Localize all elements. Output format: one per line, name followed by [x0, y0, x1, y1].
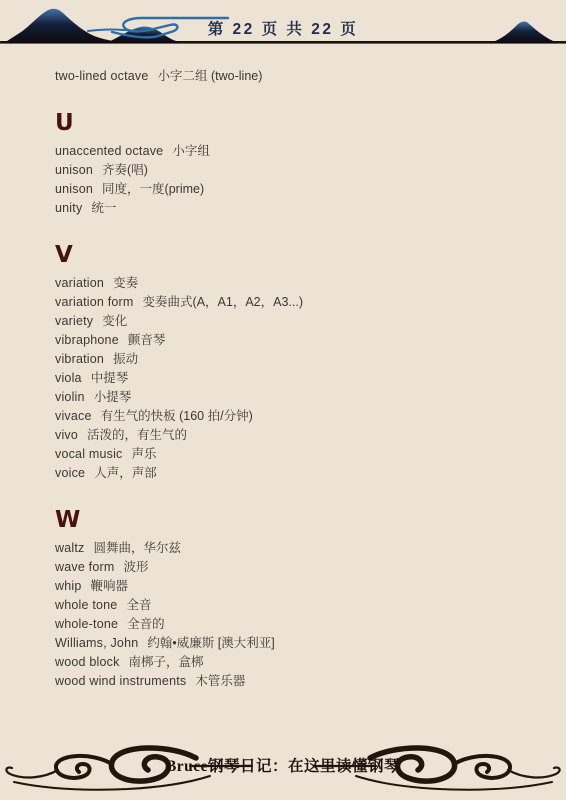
entry-definition: 波形 — [123, 560, 148, 574]
glossary-entry: violin小提琴 — [55, 388, 536, 407]
entry-term: waltz — [55, 541, 84, 555]
glossary-entry: vivace有生气的快板 (160 拍/分钟) — [55, 407, 536, 426]
page-header: 第 22 页 共 22 页 — [0, 0, 566, 48]
entry-definition: 小字二组 (two-line) — [158, 69, 263, 83]
document-page: 第 22 页 共 22 页 two-lined octave小字二组 (two-… — [0, 0, 566, 800]
section-letter-W: W — [55, 508, 536, 532]
entry-term: wood block — [55, 655, 120, 669]
glossary-entry: whole tone全音 — [55, 596, 536, 615]
entry-definition: 木管乐器 — [195, 674, 245, 688]
entry-definition: 颤音琴 — [128, 333, 166, 347]
glossary-entry: variation form变奏曲式(A，A1，A2，A3...) — [55, 293, 536, 312]
entry-definition: 圆舞曲，华尔兹 — [93, 541, 181, 555]
entry-term: unison — [55, 182, 93, 196]
glossary-entry: waltz圆舞曲，华尔兹 — [55, 539, 536, 558]
glossary-entry: vibration振动 — [55, 350, 536, 369]
entry-term: Williams, John — [55, 636, 138, 650]
entry-definition: 约翰•威廉斯 [澳大利亚] — [147, 636, 274, 650]
glossary-entry: variation变奏 — [55, 274, 536, 293]
glossary-entry: Williams, John约翰•威廉斯 [澳大利亚] — [55, 634, 536, 653]
glossary-entry: wood wind instruments木管乐器 — [55, 672, 536, 691]
entry-definition: 人声，声部 — [94, 466, 157, 480]
section-letter-V: V — [55, 243, 536, 267]
glossary-entry: vibraphone颤音琴 — [55, 331, 536, 350]
footer-brand: Bruce钢琴日记：在这里读懂钢琴 — [0, 754, 566, 776]
section-letter-U: U — [55, 111, 536, 135]
entry-definition: 小提琴 — [94, 390, 132, 404]
glossary-entry: unaccented octave小字组 — [55, 142, 536, 161]
entry-definition: 活泼的，有生气的 — [87, 428, 187, 442]
entry-term: vibration — [55, 352, 104, 366]
glossary-entry: whip鞭响器 — [55, 577, 536, 596]
entry-definition: 全音 — [126, 598, 151, 612]
entry-definition: 全音的 — [127, 617, 165, 631]
entry-definition: 振动 — [113, 352, 138, 366]
entry-term: variation — [55, 276, 104, 290]
entry-term: vocal music — [55, 447, 123, 461]
entry-term: vivo — [55, 428, 78, 442]
glossary-entry: unity统一 — [55, 199, 536, 218]
glossary-entry: vocal music声乐 — [55, 445, 536, 464]
glossary-entry: variety变化 — [55, 312, 536, 331]
entry-definition: 南梆子，盒梆 — [129, 655, 204, 669]
glossary-entry: wood block南梆子，盒梆 — [55, 653, 536, 672]
entry-term: wood wind instruments — [55, 674, 186, 688]
glossary-entry: whole-tone全音的 — [55, 615, 536, 634]
entry-term: unaccented octave — [55, 144, 163, 158]
entry-term: whole tone — [55, 598, 117, 612]
page-indicator: 第 22 页 共 22 页 — [0, 17, 566, 39]
entry-term: unison — [55, 163, 93, 177]
entry-definition: 变化 — [102, 314, 127, 328]
entry-term: variation form — [55, 295, 134, 309]
entry-term: vibraphone — [55, 333, 119, 347]
entry-definition: 有生气的快板 (160 拍/分钟) — [101, 409, 253, 423]
glossary-entry: wave form波形 — [55, 558, 536, 577]
entry-term: wave form — [55, 560, 114, 574]
entry-term: viola — [55, 371, 82, 385]
entry-term: two-lined octave — [55, 69, 149, 83]
page-footer: Bruce钢琴日记：在这里读懂钢琴 — [0, 742, 566, 796]
glossary-entry: voice人声，声部 — [55, 464, 536, 483]
glossary-entry: unison齐奏(唱) — [55, 161, 536, 180]
entry-definition: 变奏曲式(A，A1，A2，A3...) — [143, 295, 303, 309]
glossary-entry: two-lined octave小字二组 (two-line) — [55, 67, 536, 86]
entry-definition: 中提琴 — [91, 371, 129, 385]
glossary-entry: unison同度，一度(prime) — [55, 180, 536, 199]
entry-term: voice — [55, 466, 85, 480]
glossary-entry: vivo活泼的，有生气的 — [55, 426, 536, 445]
glossary-content: two-lined octave小字二组 (two-line)Uunaccent… — [0, 48, 566, 691]
entry-term: whip — [55, 579, 82, 593]
entry-term: whole-tone — [55, 617, 118, 631]
glossary-entry: viola中提琴 — [55, 369, 536, 388]
entry-definition: 鞭响器 — [91, 579, 129, 593]
entry-definition: 齐奏(唱) — [102, 163, 148, 177]
entry-definition: 同度，一度(prime) — [102, 182, 204, 196]
entry-term: variety — [55, 314, 93, 328]
entry-term: violin — [55, 390, 85, 404]
entry-term: unity — [55, 201, 82, 215]
entry-definition: 小字组 — [172, 144, 210, 158]
entry-definition: 变奏 — [113, 276, 138, 290]
entry-term: vivace — [55, 409, 92, 423]
entry-definition: 统一 — [91, 201, 116, 215]
entry-definition: 声乐 — [132, 447, 157, 461]
